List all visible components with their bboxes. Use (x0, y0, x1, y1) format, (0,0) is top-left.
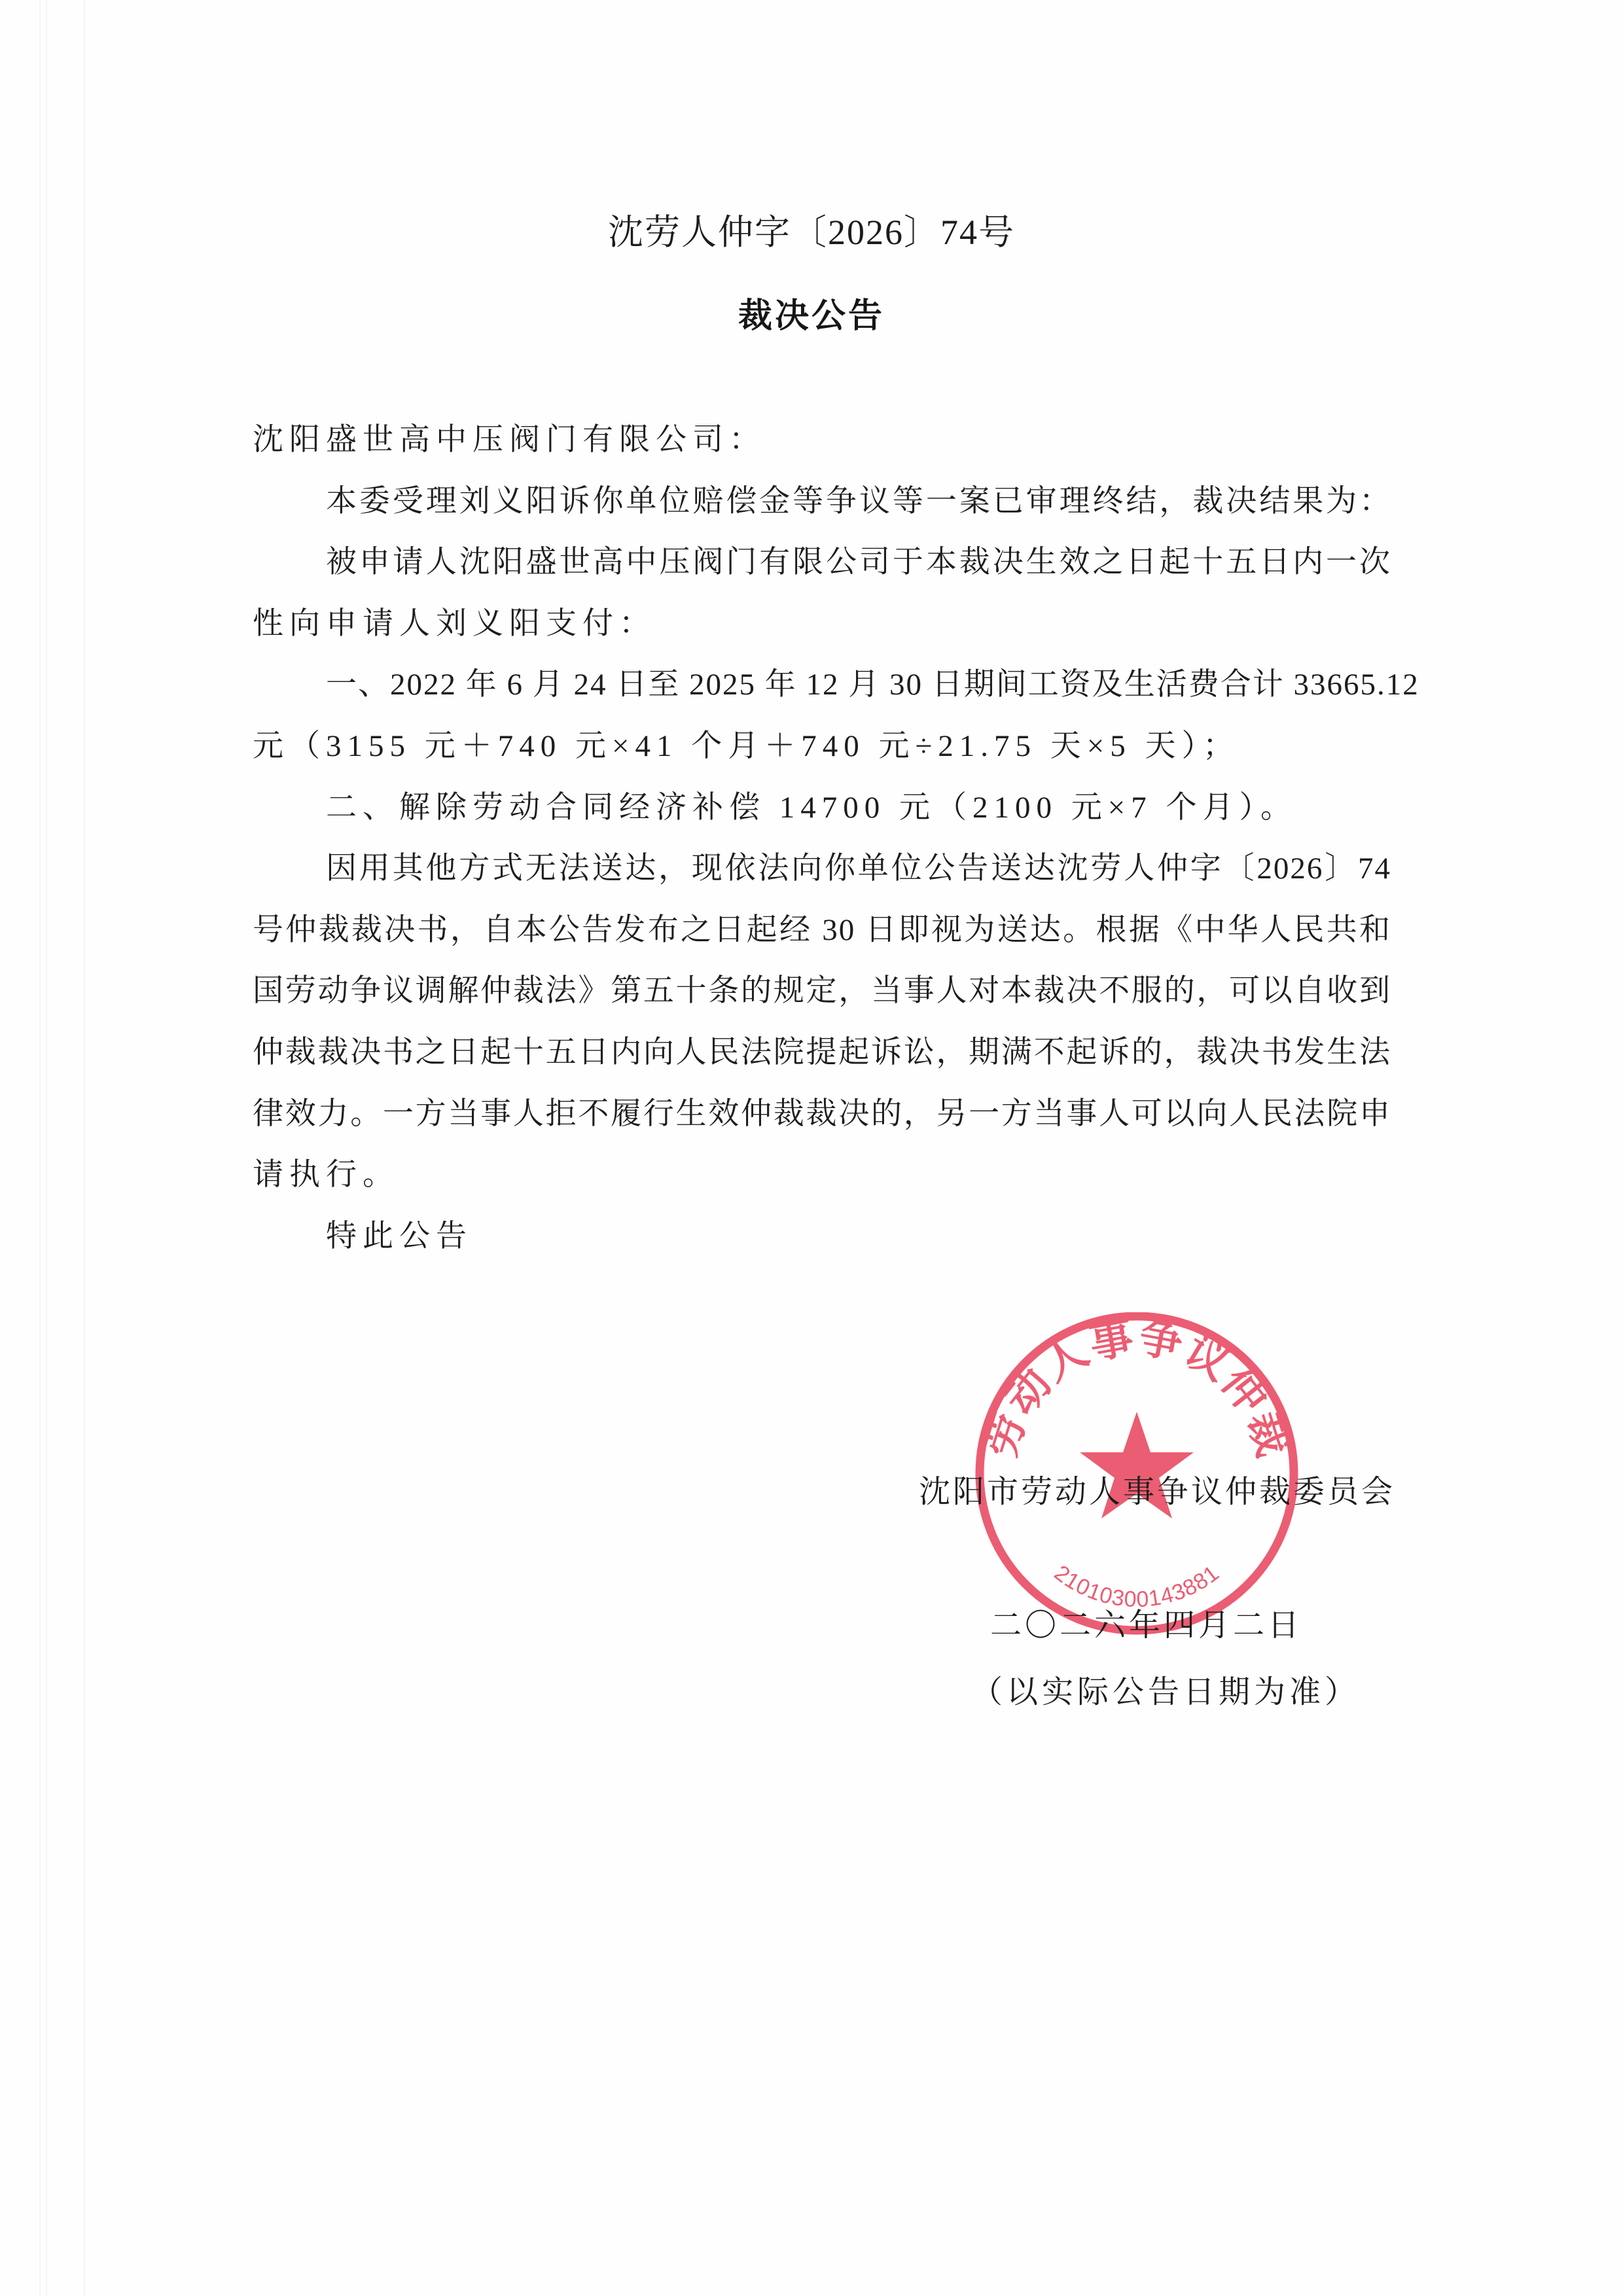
document-page: 沈劳人仲字〔2026〕74号 裁决公告 沈阳盛世高中压阀门有限公司： 本委受理刘… (0, 0, 1623, 2296)
document-number: 沈劳人仲字〔2026〕74号 (0, 211, 1623, 254)
issuing-organization: 沈阳市劳动人事争议仲裁委员会 (919, 1466, 1395, 1511)
body-line: 本委受理刘义阳诉你单位赔偿金等争议等一案已审理终结，裁决结果为： (253, 471, 1391, 533)
award-item-1-line: 一、2022 年 6 月 24 日至 2025 年 12 月 30 日期间工资及… (253, 655, 1391, 716)
date-note: （以实际公告日期为准） (971, 1666, 1360, 1712)
service-notice-line: 律效力。一方当事人拒不履行生效仲裁裁决的，另一方当事人可以向人民法院申 (253, 1084, 1391, 1145)
service-notice-line: 因用其他方式无法送达，现依法向你单位公告送达沈劳人仲字〔2026〕74 (253, 838, 1391, 900)
service-notice-line: 号仲裁裁决书，自本公告发布之日起经 30 日即视为送达。根据《中华人民共和 (253, 900, 1391, 961)
issue-date: 二〇二六年四月二日 (990, 1600, 1302, 1645)
document-body: 沈阳盛世高中压阀门有限公司： 本委受理刘义阳诉你单位赔偿金等争议等一案已审理终结… (253, 410, 1391, 1267)
award-item-1-formula: 元（3155 元＋740 元×41 个月＋740 元÷21.75 天×5 天）； (253, 716, 1391, 778)
scan-streak (39, 0, 41, 2296)
scan-streak (84, 0, 85, 2296)
body-line: 被申请人沈阳盛世高中压阀门有限公司于本裁决生效之日起十五日内一次 (253, 532, 1391, 594)
body-line: 性向申请人刘义阳支付： (253, 594, 1391, 655)
addressee-line: 沈阳盛世高中压阀门有限公司： (253, 410, 1391, 471)
award-item-2-line: 二、解除劳动合同经济补偿 14700 元（2100 元×7 个月）。 (253, 778, 1391, 839)
service-notice-line: 国劳动争议调解仲裁法》第五十条的规定，当事人对本裁决不服的，可以自收到 (253, 961, 1391, 1022)
scan-streak (46, 0, 47, 2296)
document-title: 裁决公告 (0, 296, 1623, 338)
service-notice-line: 请执行。 (253, 1145, 1391, 1206)
closing-line: 特此公告 (253, 1206, 1391, 1268)
service-notice-line: 仲裁裁决书之日起十五日内向人民法院提起诉讼，期满不起诉的，裁决书发生法 (253, 1022, 1391, 1084)
